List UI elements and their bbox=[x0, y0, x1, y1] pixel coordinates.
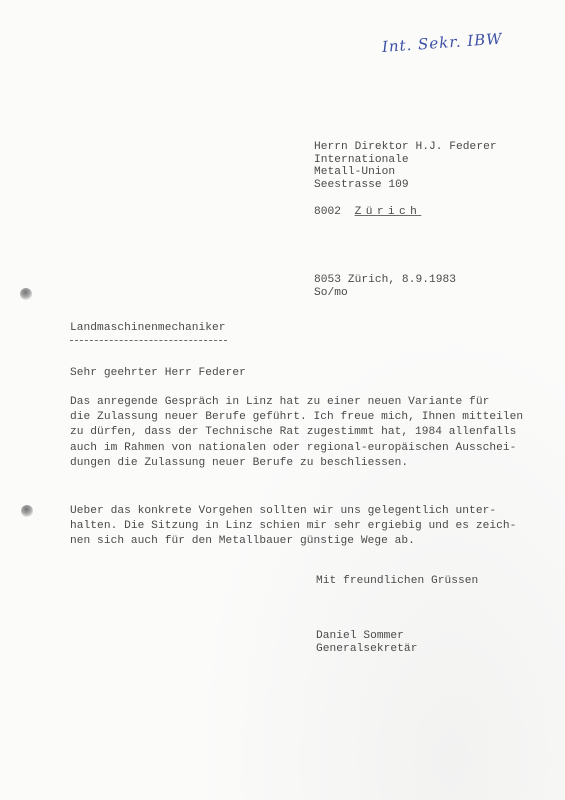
recipient-city: Zürich bbox=[355, 206, 422, 218]
paragraph-line: die Zulassung neuer Berufe geführt. Ich … bbox=[70, 411, 523, 423]
recipient-city-line: 8002 Zürich bbox=[314, 206, 421, 219]
signatory-title: Generalsekretär bbox=[316, 643, 417, 655]
paragraph-line: auch im Rahmen von nationalen oder regio… bbox=[70, 442, 516, 454]
recipient-line: Internationale bbox=[314, 154, 409, 166]
subject-line: Landmaschinenmechaniker bbox=[70, 322, 226, 335]
signature-block: Daniel Sommer Generalsekretär bbox=[316, 630, 417, 656]
closing: Mit freundlichen Grüssen bbox=[316, 575, 478, 588]
paragraph-line: zu dürfen, dass der Technische Rat zuges… bbox=[70, 426, 516, 438]
paragraph-line: Ueber das konkrete Vorgehen sollten wir … bbox=[70, 505, 496, 517]
punch-hole-icon bbox=[20, 288, 32, 300]
postal-code: 8002 bbox=[314, 206, 341, 218]
body-paragraph-2: Ueber das konkrete Vorgehen sollten wir … bbox=[70, 504, 516, 550]
signatory-name: Daniel Sommer bbox=[316, 630, 404, 642]
punch-hole-icon bbox=[21, 505, 33, 517]
place-date: 8053 Zürich, 8.9.1983 bbox=[314, 274, 456, 286]
reference-initials: So/mo bbox=[314, 287, 348, 299]
paragraph-line: Das anregende Gespräch in Linz hat zu ei… bbox=[70, 396, 489, 408]
body-paragraph-1: Das anregende Gespräch in Linz hat zu ei… bbox=[70, 395, 523, 471]
paragraph-line: nen sich auch für den Metallbauer günsti… bbox=[70, 535, 415, 547]
subject-underline bbox=[70, 340, 227, 341]
paragraph-line: halten. Die Sitzung in Linz schien mir s… bbox=[70, 520, 516, 532]
recipient-line: Metall-Union bbox=[314, 166, 395, 178]
paragraph-line: dungen die Zulassung neuer Berufe zu bes… bbox=[70, 457, 408, 469]
date-block: 8053 Zürich, 8.9.1983 So/mo bbox=[314, 274, 456, 299]
handwritten-annotation: Int. Sekr. IBW bbox=[381, 30, 503, 56]
recipient-address: Herrn Direktor H.J. Federer Internationa… bbox=[314, 141, 497, 191]
recipient-line: Herrn Direktor H.J. Federer bbox=[314, 141, 497, 153]
salutation: Sehr geehrter Herr Federer bbox=[70, 367, 246, 380]
letter-page: Int. Sekr. IBW Herrn Direktor H.J. Feder… bbox=[0, 0, 565, 800]
recipient-line: Seestrasse 109 bbox=[314, 179, 409, 191]
